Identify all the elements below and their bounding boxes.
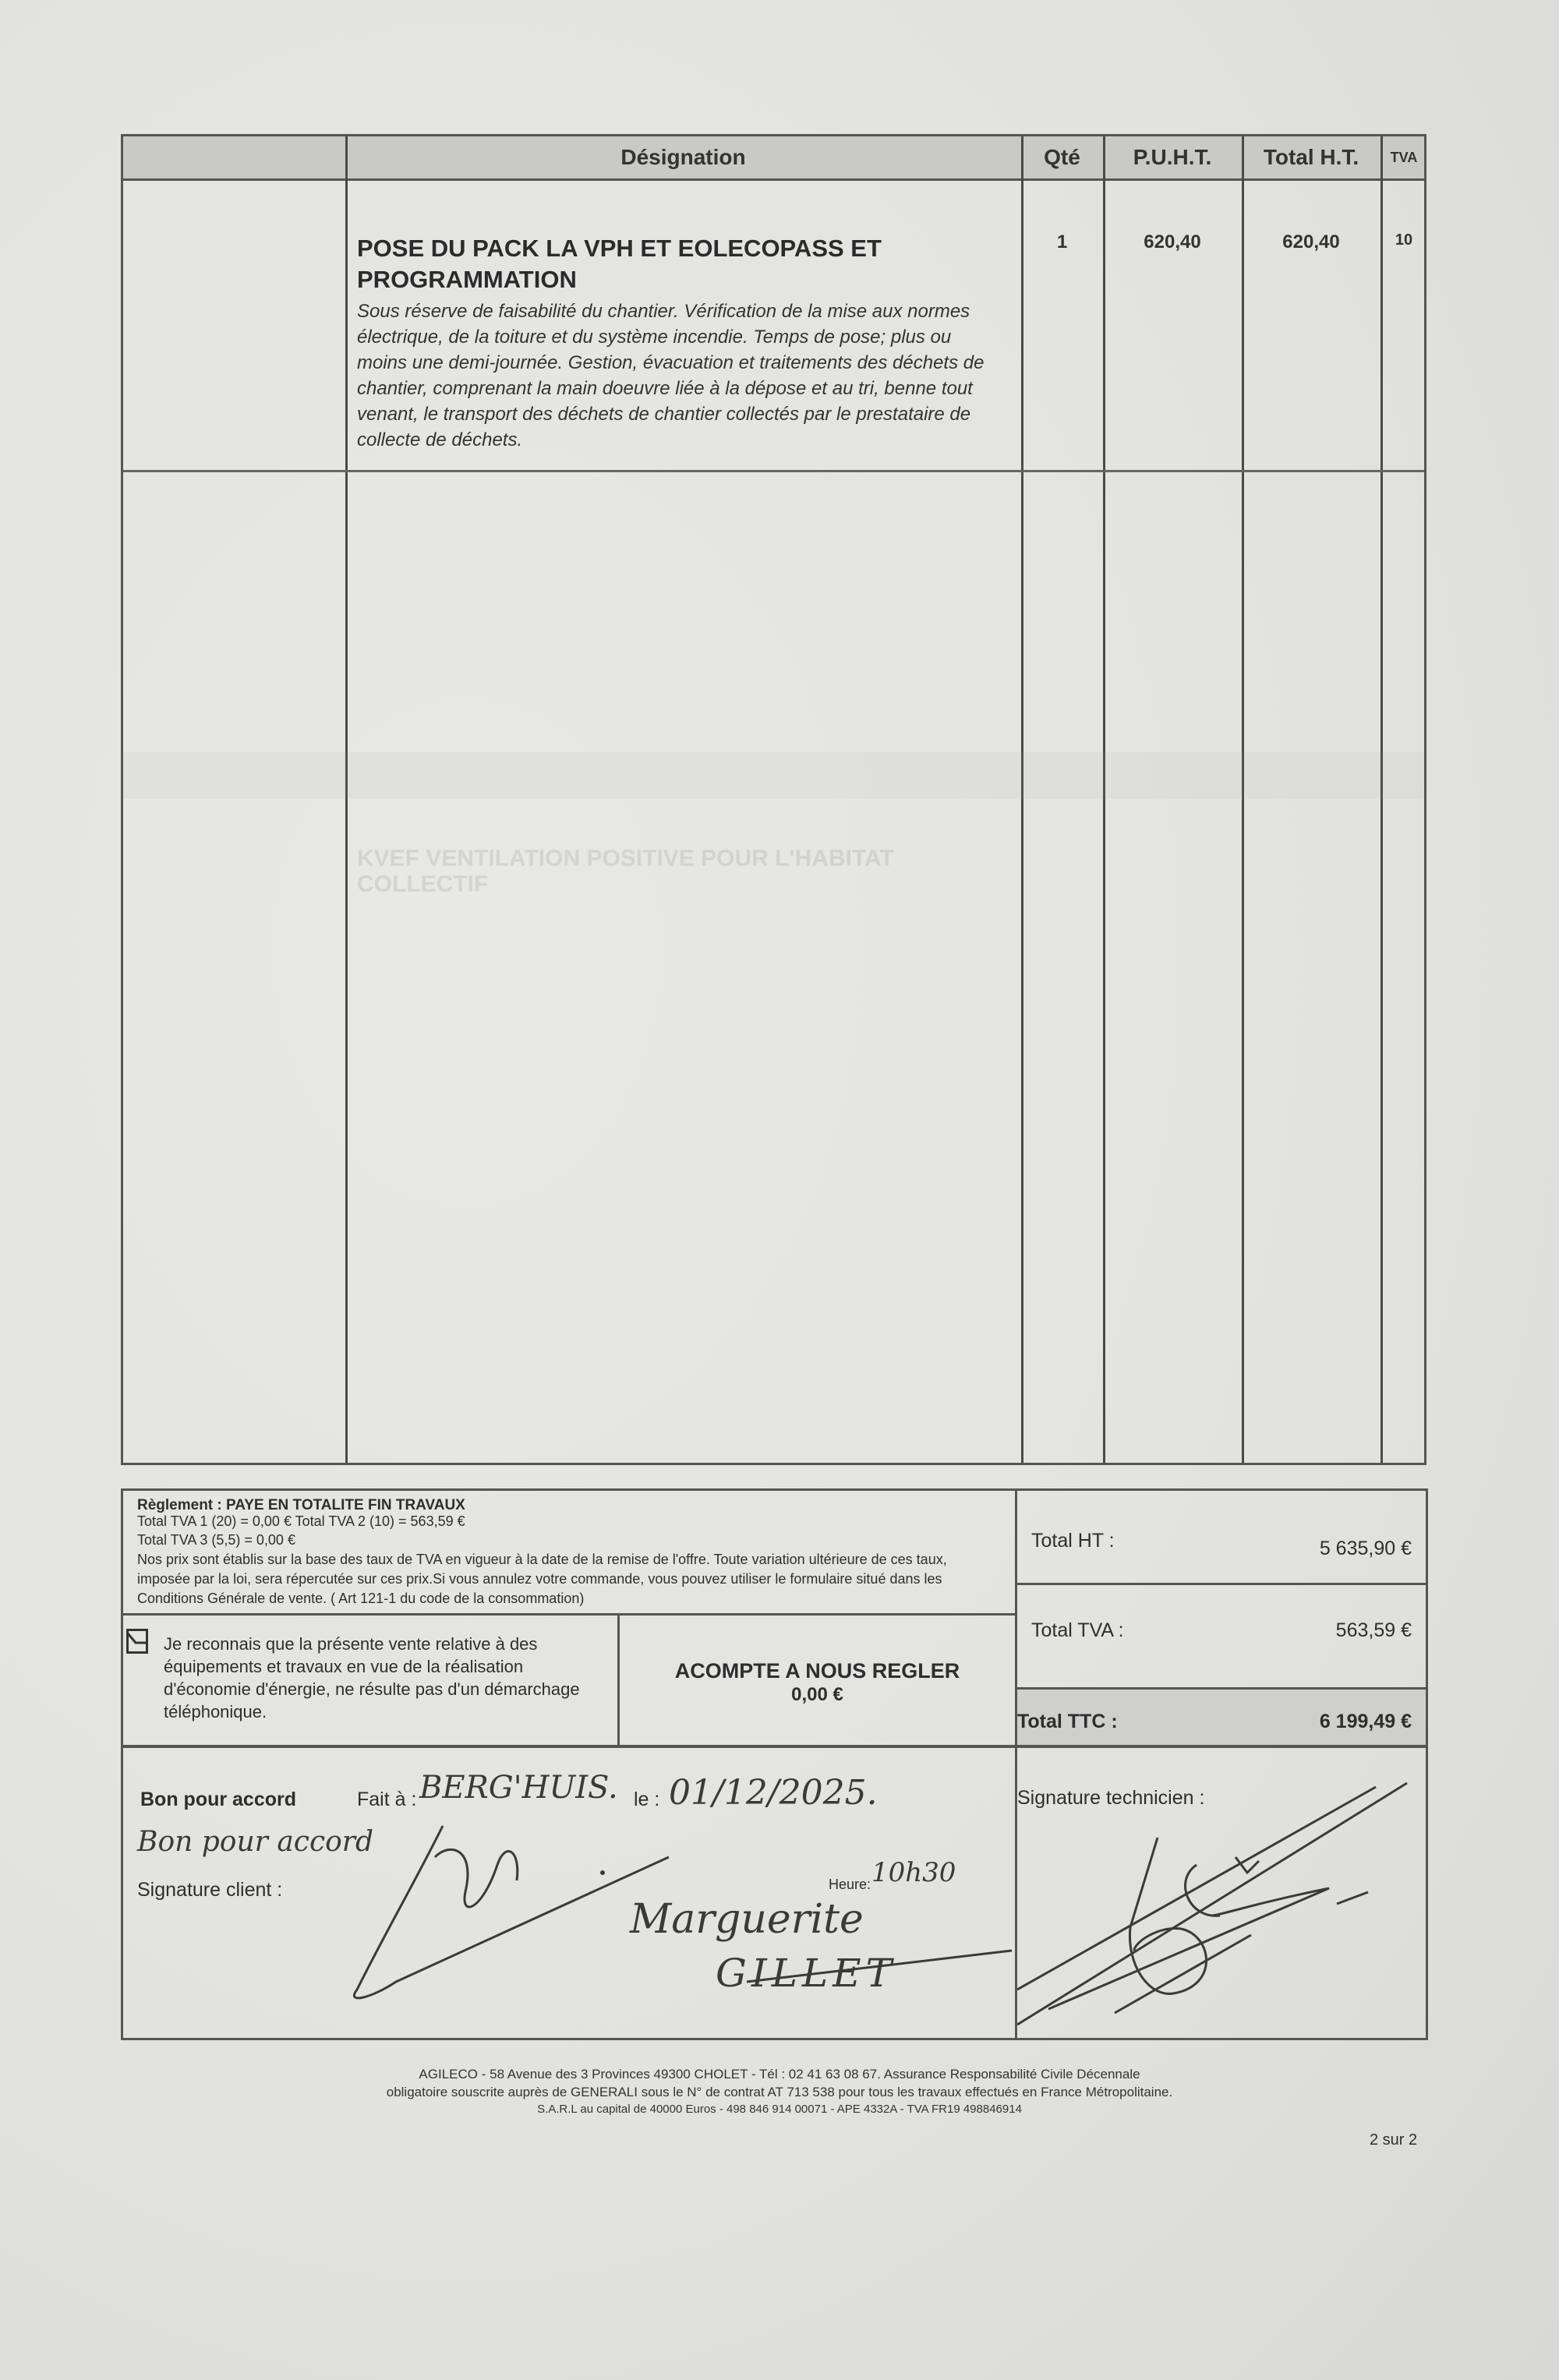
- footer-line-3: S.A.R.L au capital de 40000 Euros - 498 …: [0, 2103, 1559, 2116]
- bon-pour-accord-handwritten: Bon pour accord: [137, 1826, 373, 1858]
- items-table: Désignation Qté P.U.H.T. Total H.T. TVA …: [121, 134, 1426, 1465]
- table-header: Désignation Qté P.U.H.T. Total H.T. TVA: [123, 136, 1424, 181]
- column-divider: [1242, 136, 1244, 1463]
- total-ttc-value: 6 199,49 €: [1320, 1711, 1412, 1733]
- page-number: 2 sur 2: [1370, 2131, 1417, 2149]
- client-signature-scribble: [341, 1795, 887, 2029]
- acompte-label: ACOMPTE A NOUS REGLER: [620, 1659, 1015, 1683]
- column-divider: [1021, 136, 1023, 1463]
- row-divider: [123, 470, 1424, 472]
- item-total-ht: 620,40: [1242, 231, 1380, 253]
- header-total-ht: Total H.T.: [1242, 136, 1380, 178]
- acompte-box: ACOMPTE A NOUS REGLER 0,00 €: [617, 1613, 1017, 1747]
- totals-box: Total HT : 5 635,90 € Total TVA : 563,59…: [1015, 1488, 1428, 1747]
- header-designation: Désignation: [345, 136, 1021, 178]
- tva-breakdown-1: Total TVA 1 (20) = 0,00 € Total TVA 2 (1…: [137, 1513, 465, 1530]
- client-name-underline: [739, 1943, 1020, 1990]
- reglement-text: Règlement : PAYE EN TOTALITE FIN TRAVAUX: [137, 1497, 465, 1514]
- acknowledgement-checkbox[interactable]: [126, 1629, 148, 1654]
- signature-client-label: Signature client :: [137, 1879, 282, 1902]
- technician-signature-box: Signature technicien :: [1015, 1746, 1428, 2040]
- tva-notice: Nos prix sont établis sur la base des ta…: [137, 1550, 1002, 1608]
- acknowledgement-box: Je reconnais que la présente vente relat…: [121, 1613, 620, 1747]
- check-mark-icon: [126, 1629, 148, 1654]
- payment-info-box: Règlement : PAYE EN TOTALITE FIN TRAVAUX…: [121, 1488, 1017, 1616]
- item-unit-price: 620,40: [1103, 231, 1242, 253]
- bleedthrough-band: [123, 752, 1424, 799]
- total-ht-label: Total HT :: [1031, 1530, 1115, 1552]
- technician-signature-scribble: [1017, 1748, 1430, 2036]
- column-divider: [1103, 136, 1105, 1463]
- footer-line-1: AGILECO - 58 Avenue des 3 Provinces 4930…: [0, 2067, 1559, 2082]
- acknowledgement-text: Je reconnais que la présente vente relat…: [164, 1633, 600, 1723]
- header-qty: Qté: [1021, 136, 1103, 178]
- bleedthrough-text: KVEF VENTILATION POSITIVE POUR L'HABITAT…: [357, 846, 996, 897]
- client-signature-box: Bon pour accord Fait à : BERG'HUIS. le :…: [121, 1746, 1017, 2040]
- acompte-value: 0,00 €: [620, 1684, 1015, 1706]
- item-description: Sous réserve de faisabilité du chantier.…: [357, 298, 1004, 453]
- tva-breakdown-2: Total TVA 3 (5,5) = 0,00 €: [137, 1531, 295, 1548]
- total-ttc-label: Total TTC :: [1017, 1711, 1118, 1733]
- total-tva-label: Total TVA :: [1031, 1619, 1124, 1642]
- header-tva: TVA: [1380, 136, 1427, 178]
- column-divider: [1380, 136, 1383, 1463]
- header-unit-price: P.U.H.T.: [1103, 136, 1242, 178]
- item-title: POSE DU PACK LA VPH ET EOLECOPASS ET PRO…: [357, 233, 1004, 295]
- item-qty: 1: [1021, 231, 1103, 253]
- bon-pour-accord-label: Bon pour accord: [140, 1789, 296, 1811]
- header-blank: [123, 136, 345, 178]
- column-divider: [345, 136, 348, 1463]
- footer-line-2: obligatoire souscrite auprès de GENERALI…: [0, 2085, 1559, 2100]
- item-tva: 10: [1380, 231, 1427, 249]
- totals-divider: [1017, 1583, 1426, 1585]
- total-ht-value: 5 635,90 €: [1320, 1538, 1412, 1560]
- total-tva-value: 563,59 €: [1336, 1619, 1412, 1642]
